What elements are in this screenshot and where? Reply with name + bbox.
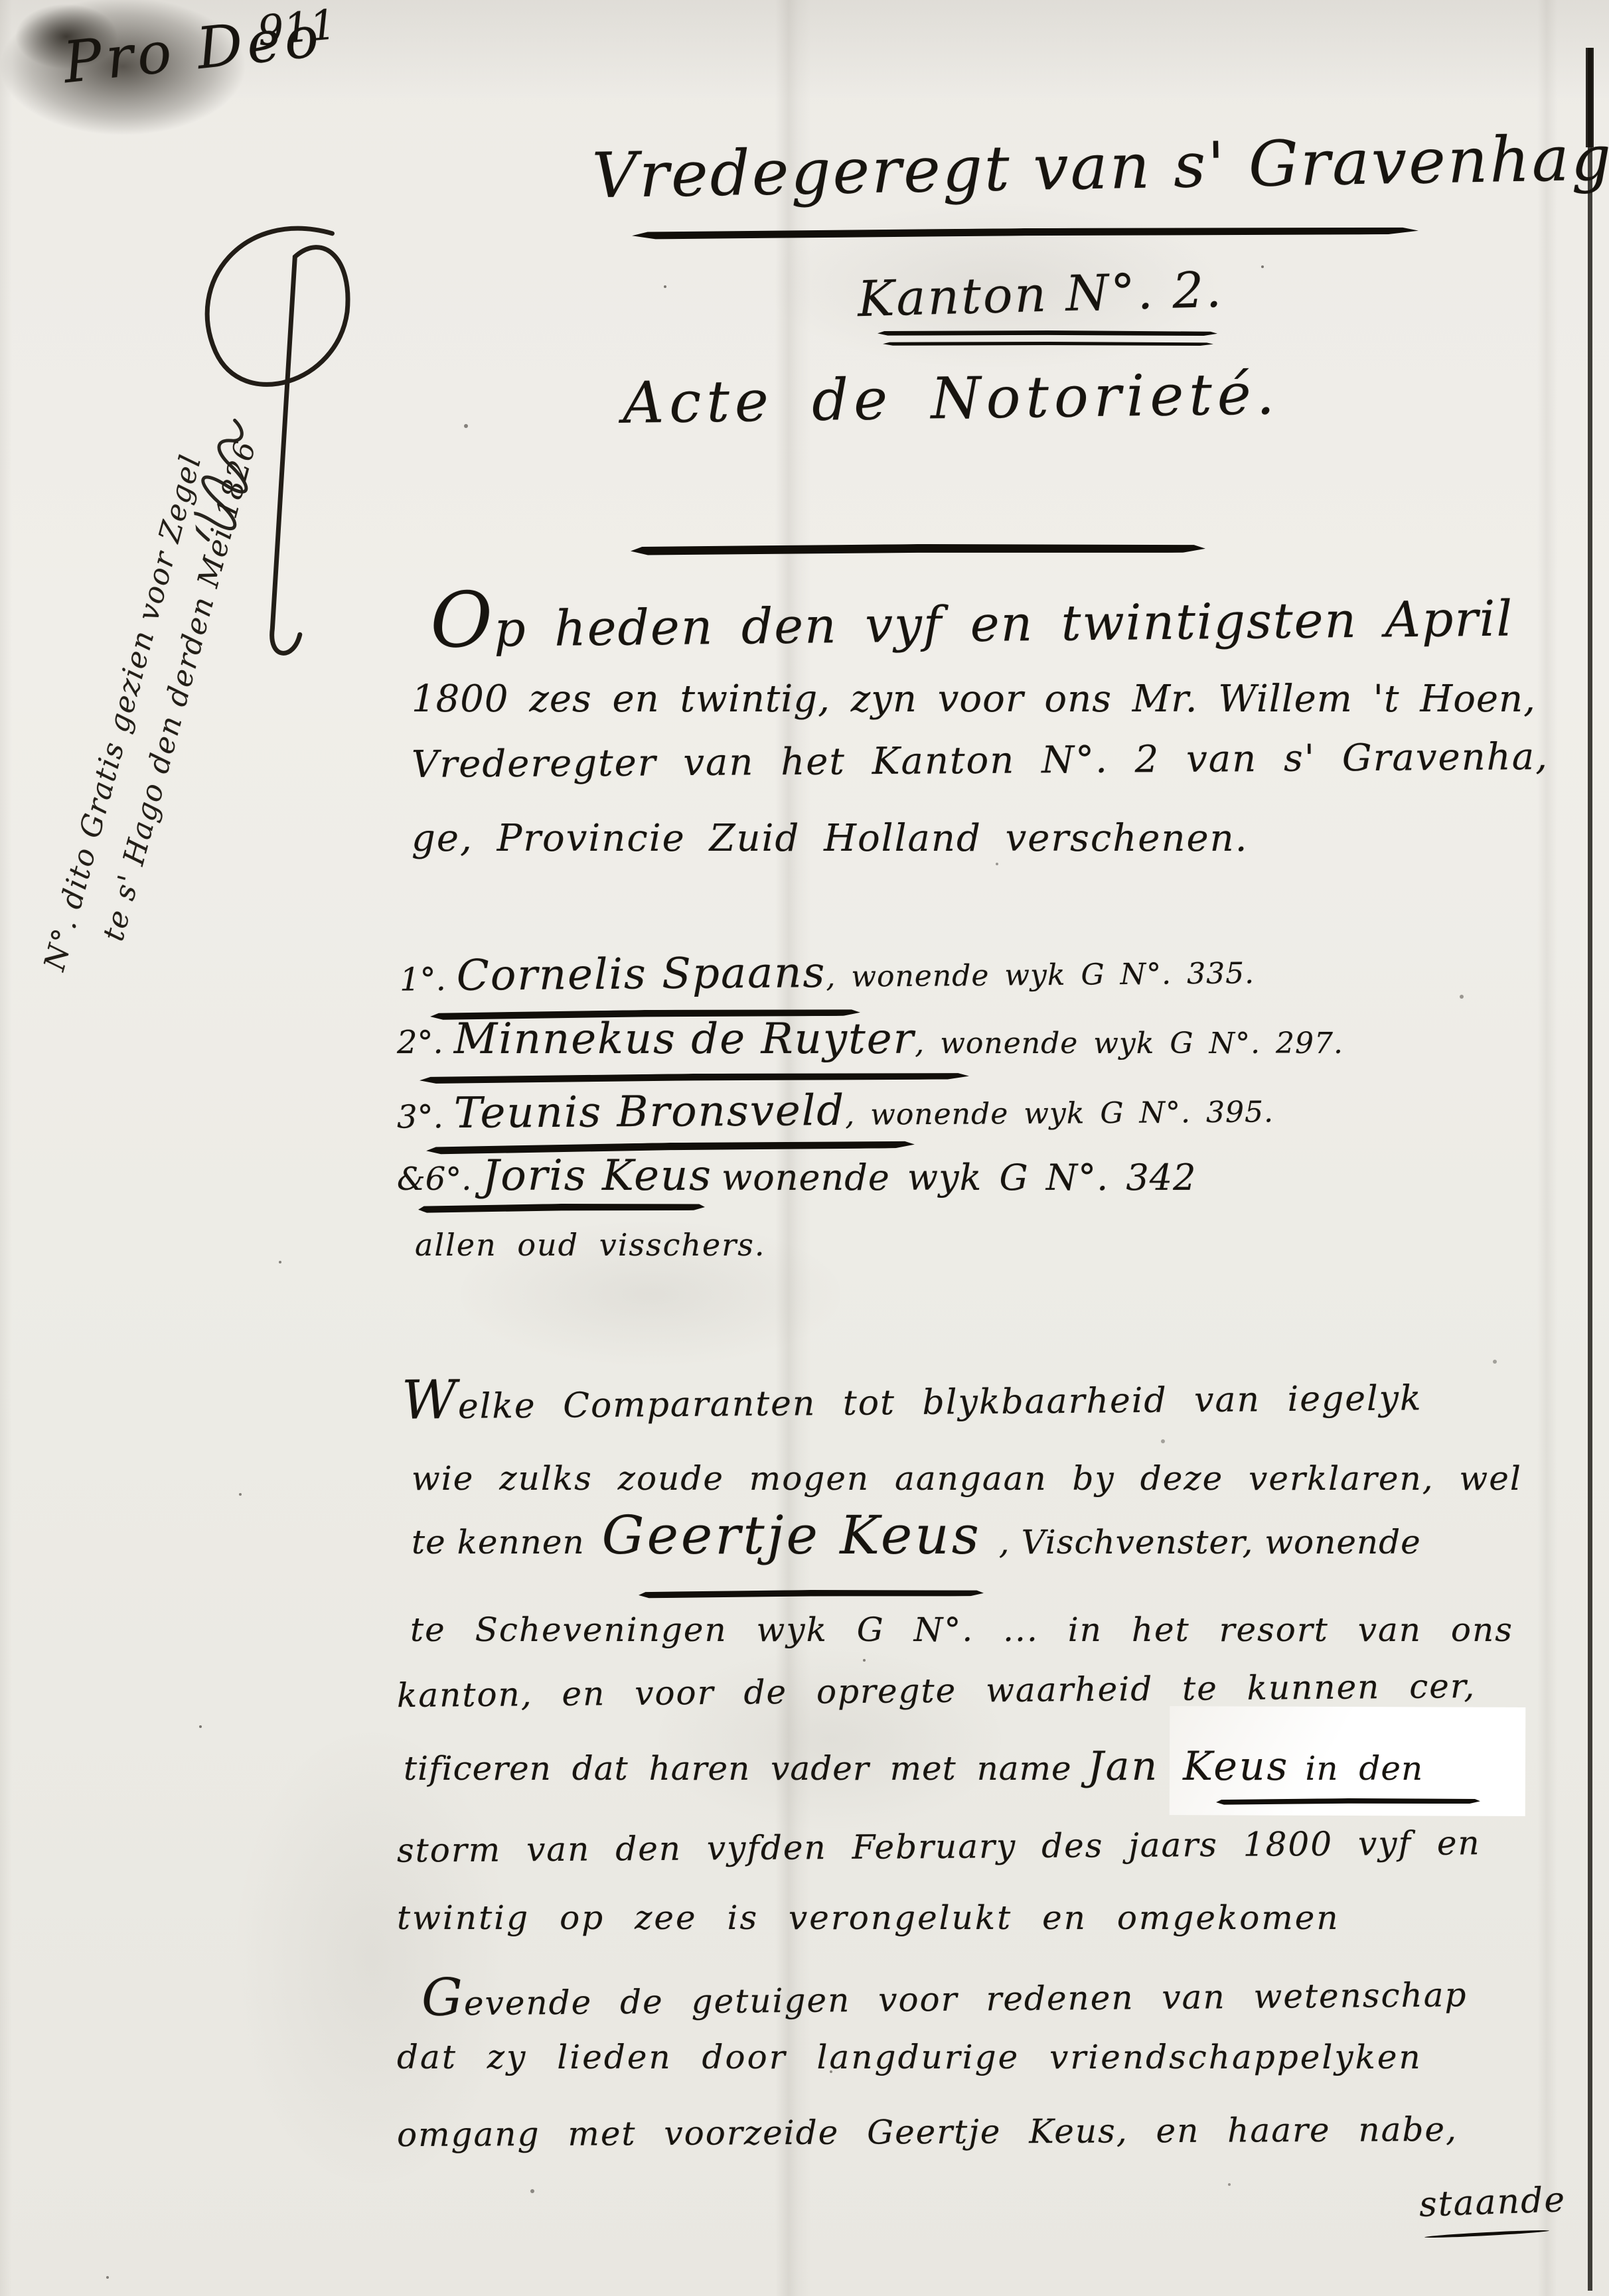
declaration-line-11: omgang met voorzeide Geertje Keus, en ha… [397,2111,1458,2155]
subject-name-geertje-keus: Geertje Keus [602,1504,982,1566]
declaration-line-10: dat zy lieden door langdurige vriendscha… [397,2039,1422,2077]
catchword: staande [1418,2181,1567,2225]
declaration-line-6: tificeren dat haren vader met nameJan Ke… [404,1744,1423,1790]
witness-3-number: 3°. [397,1098,443,1135]
canton-line: Kanton N°. 2. [857,262,1224,328]
declaration-line-8: twintig op zee is verongelukt en omgekom… [397,1899,1340,1938]
opening-line-1: Op heden den vyf en twintigsten April [429,566,1513,665]
canton-underline-top [878,330,1217,336]
page-edge-line [1588,48,1592,2291]
declaration-line-9: Gevende de getuigen voor redenen van wet… [421,1960,1468,2028]
declaration-line-4: te Scheveningen wyk G N°. ... in het res… [410,1611,1513,1650]
witness-2-name-underline [420,1071,969,1084]
court-title-underline [632,226,1418,240]
witness-2-address: , wonende wyk G N°. 297. [915,1027,1343,1060]
court-title: Vredegeregt van s' Gravenhage. [591,122,1609,213]
declaration-line-1: Welke Comparanten tot blykbaarheid van i… [402,1361,1422,1431]
declaration-line-6-prefix: tificeren dat haren vader met name [404,1749,1072,1788]
witnesses-footer: allen oud visschers. [415,1228,765,1263]
declaration-line-6-suffix: in den [1305,1749,1423,1788]
witness-2-number: 2°. [397,1024,443,1061]
declaration-line-7: storm van den vyfden February des jaars … [397,1824,1481,1870]
witness-row-1: 1°.Cornelis Spaans, wonende wyk G N°. 33… [400,945,1255,1001]
declaration-line-2: wie zulks zoude mogen aangaan by deze ve… [412,1460,1522,1498]
witness-row-3: 3°.Teunis Bronsveld, wonende wyk G N°. 3… [397,1084,1274,1139]
declaration-line-3: te kennenGeertje Keus, Vischvenster, won… [412,1505,1421,1566]
catchword-underline [1424,2229,1549,2239]
witness-1-address: , wonende wyk G N°. 335. [826,956,1255,994]
witness-row-2: 2°.Minnekus de Ruyter, wonende wyk G N°.… [397,1015,1343,1064]
opening-line-2: 1800 zes en twintig, zyn voor ons Mr. Wi… [412,678,1536,721]
margin-registration-note: N°. dito Gratis gezien voor Zegel te s' … [31,422,271,989]
witness-1-number: 1°. [400,961,446,999]
ink-specks [199,1725,202,1728]
opening-line-3: Vrederegter van het Kanton N°. 2 van s' … [412,736,1549,786]
pro-deo-note: Pro Deo [60,4,326,96]
witness-row-4: &6°.Joris Keuswonende wyk G N°. 342 [397,1152,1197,1201]
witness-4-name: Joris Keus [483,1151,712,1200]
father-name-jan-keus: Jan Keus [1088,1743,1290,1790]
geertje-keus-underline [639,1589,984,1599]
witness-2-name: Minnekus de Ruyter [454,1015,915,1064]
declaration-line-3-prefix: te kennen [412,1523,585,1561]
declaration-line-3-suffix: , Vischvenster, wonende [999,1523,1421,1561]
witness-4-number: &6°. [397,1161,472,1198]
act-title-underline [631,543,1205,556]
act-title: Acte de Notorieté. [622,362,1280,437]
document-page: 911 Pro Deo Vredegeregt van s' Gravenhag… [0,0,1609,2296]
witness-3-name: Teunis Bronsveld [454,1086,846,1138]
witness-1-name: Cornelis Spaans [456,948,826,1001]
opening-line-4: ge, Provincie Zuid Holland verschenen. [412,818,1249,860]
witness-3-address: , wonende wyk G N°. 395. [845,1095,1274,1132]
witness-4-address: wonende wyk G N°. 342 [722,1157,1197,1198]
witness-4-name-underline [418,1202,705,1214]
canton-underline-bottom [883,342,1213,346]
